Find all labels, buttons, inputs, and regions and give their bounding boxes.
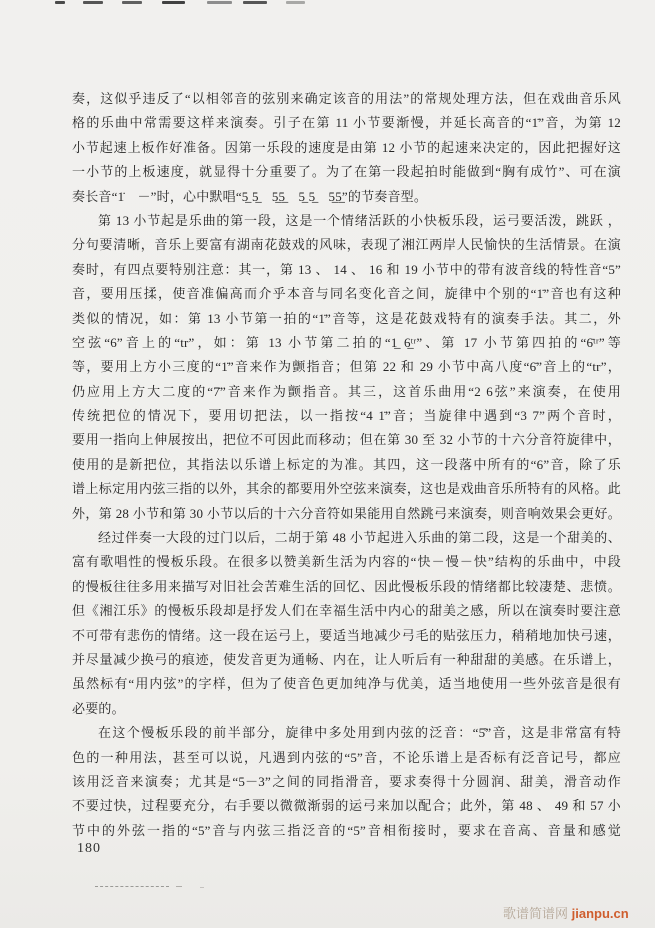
text-line: 外，第 28 小节和第 30 小节以后的十六分音符如果能用自然跳弓来演奏，则音响… (72, 502, 621, 526)
text-line: 色的一种用法，甚至可以说，凡遇到内弦的“5”音，不论乐谱上是否标有泛音记号，都应 (72, 746, 621, 770)
text-line: 空弦“6”音上的“tr”，如：第 13 小节第二拍的“1̲ 6̲ᵗʳ”、第 17… (72, 331, 621, 355)
text-line: 等，要用上方小三度的“1̇”音来作为颤指音；但第 22 和 29 小节中高八度“… (72, 355, 621, 379)
text-line: 一小节的上板速度，就显得十分重要了。为了在第一段起拍时能做到“胸有成竹”、可在演 (72, 160, 621, 184)
text-line: 不要过快，过程要充分，右手要以微微渐弱的运弓来加以配合；此外，第 48 、 49… (72, 794, 621, 818)
text-line: 分句要清晰，音乐上要富有湖南花鼓戏的风味，表现了湘江两岸人民愉快的生活情景。在演 (72, 233, 621, 257)
text-line: 奏长音“1̇ －”时，心中默唱“5̲ 5̲ 5̲5̲ 5̲ 5̲ 5̲5̲”的节… (72, 185, 621, 209)
scan-dash (83, 1, 103, 4)
scan-smudge (200, 887, 204, 888)
scan-dash (55, 1, 65, 4)
paragraph: 奏，这似乎违反了“以相邻音的弦别来确定该音的用法”的常规处理方法，但在戏曲音乐风… (72, 87, 621, 209)
text-line: 类似的情况，如：第 13 小节第一拍的“1̇”音等，这是花鼓戏特有的演奏手法。其… (72, 307, 621, 331)
text-line: 虽然标有“用内弦”的字样，但为了使音色更加纯净与优美，适当地使用一些外弦音是很有 (72, 672, 621, 696)
text-line: 并尽量减少换弓的痕迹，使发音更为通畅、内在，让人听后有一种甜甜的美感。在乐谱上， (72, 648, 621, 672)
text-line: 的慢板往往多用来描写对旧社会苦难生活的回忆、因此慢板乐段的情绪都比较凄楚、悲愤。 (72, 575, 621, 599)
scan-smudge (95, 886, 169, 887)
scan-dash (122, 1, 142, 4)
text-line: 格的乐曲中常需要这样来演奏。引子在第 11 小节要渐慢，并延长高音的“1̇”音，… (72, 111, 621, 135)
scan-smudge (176, 886, 182, 887)
text-line: 不可带有悲伤的情绪。这一段在运弓上，要适当地减少弓毛的贴弦压力，稍稍地加快弓速， (72, 624, 621, 648)
watermark: 歌谱简谱网 jianpu.cn (503, 903, 629, 922)
scan-dash (286, 1, 305, 4)
text-line: 在这个慢板乐段的前半部分，旋律中多处用到内弦的泛音：“5̊”音，这是非常富有特 (72, 721, 621, 745)
scan-dash (162, 1, 185, 4)
text-line: 使用的是新把位，其指法以乐谱上标定的为准。其四，这一段落中所有的“6”音，除了乐 (72, 453, 621, 477)
text-line: 仍应用上方大二度的“7̇”音来作为颤指音。其三，这首乐曲用“2 6弦”来演奏，在… (72, 380, 621, 404)
paragraph: 在这个慢板乐段的前半部分，旋律中多处用到内弦的泛音：“5̊”音，这是非常富有特 … (72, 721, 621, 843)
text-line: 要用一指向上伸展按出，把位不可因此而移动；但在第 30 至 32 小节的十六分音… (72, 428, 621, 452)
text-line: 但《湘江乐》的慢板乐段却是抒发人们在幸福生活中内心的甜美之感，所以在演奏时要注意 (72, 599, 621, 623)
text-line: 小节起速上板作好准备。因第一乐段的速度是由第 12 小节的起速来决定的，因此把握… (72, 136, 621, 160)
text-line: 谱上标定用内弦三指的以外，其余的都要用外空弦来演奏，这也是戏曲音乐所特有的风格。… (72, 477, 621, 501)
text-line: 音，要用压揉，使音准偏高而介乎本音与同名变化音之间，旋律中个别的“1̇”音也有这… (72, 282, 621, 306)
watermark-site-url: jianpu.cn (572, 906, 629, 921)
text-line: 该用泛音来演奏；尤其是“5－3”之间的同指滑音，要求奏得十分圆润、甜美，滑音动作 (72, 770, 621, 794)
text-line: 传统把位的情况下，要用切把法，以一指按“4 1̇”音；当旋律中遇到“3 7”两个… (72, 404, 621, 428)
watermark-site-name: 歌谱简谱网 (503, 906, 568, 921)
page-body-text: 奏，这似乎违反了“以相邻音的弦别来确定该音的用法”的常规处理方法，但在戏曲音乐风… (72, 87, 621, 843)
text-line: 奏时，有四点要特别注意：其一，第 13 、 14 、 16 和 19 小节中的带… (72, 258, 621, 282)
page-number: 180 (77, 841, 101, 857)
text-line: 必要的。 (72, 697, 621, 721)
text-line: 奏，这似乎违反了“以相邻音的弦别来确定该音的用法”的常规处理方法，但在戏曲音乐风 (72, 87, 621, 111)
paragraph: 经过伴奏一大段的过门以后，二胡于第 48 小节起进入乐曲的第二段，这是一个甜美的… (72, 526, 621, 721)
scanned-book-page: 奏，这似乎违反了“以相邻音的弦别来确定该音的用法”的常规处理方法，但在戏曲音乐风… (0, 0, 655, 928)
text-line: 第 13 小节起是乐曲的第一段，这是一个情绪活跃的小快板乐段，运弓要活泼，跳跃 … (72, 209, 621, 233)
text-line: 经过伴奏一大段的过门以后，二胡于第 48 小节起进入乐曲的第二段，这是一个甜美的… (72, 526, 621, 550)
paragraph: 第 13 小节起是乐曲的第一段，这是一个情绪活跃的小快板乐段，运弓要活泼，跳跃 … (72, 209, 621, 526)
scan-dash (207, 1, 232, 4)
scan-dash (243, 1, 267, 4)
text-line: 富有歌唱性的慢板乐段。在很多以赞美新生活为内容的“快－慢－快”结构的乐曲中，中段 (72, 550, 621, 574)
text-line: 节中的外弦一指的“5”音与内弦三指泛音的“5”音相衔接时，要求在音高、音量和感觉 (72, 819, 621, 843)
